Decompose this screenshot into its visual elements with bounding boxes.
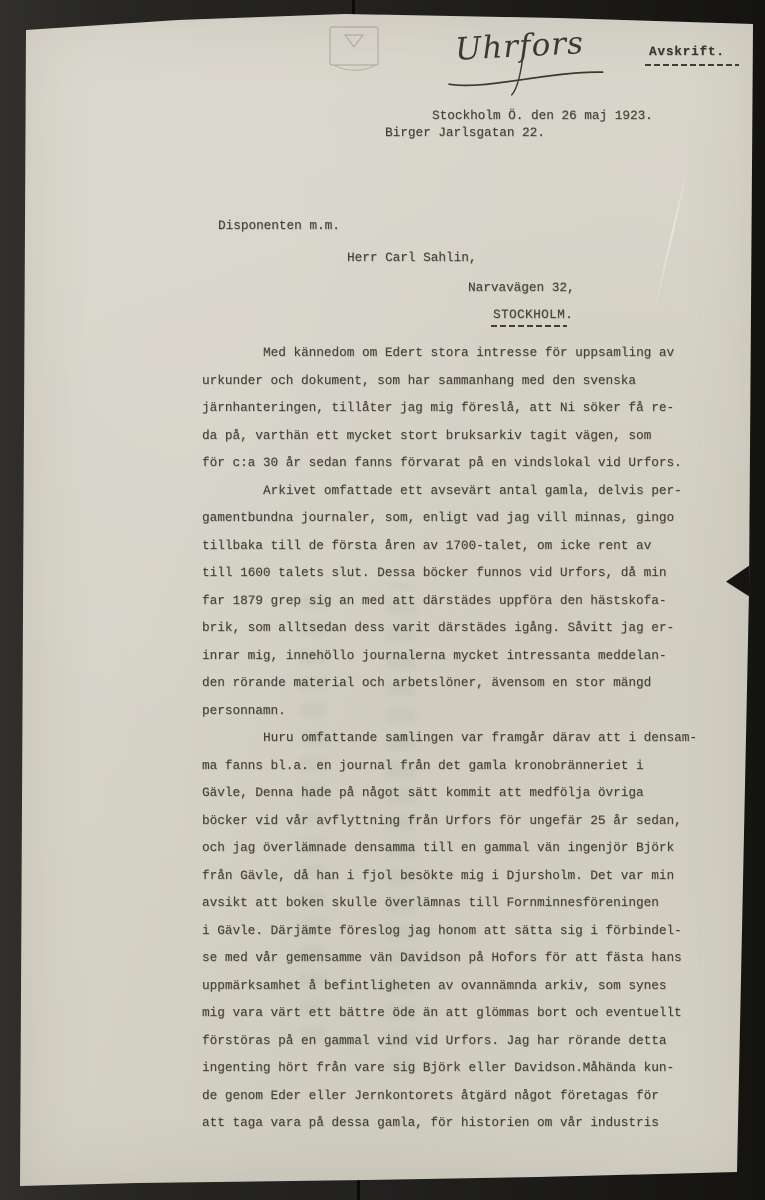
recipient-street: Narvavägen 32, [468, 280, 575, 296]
dateline-place-date: Stockholm Ö. den 26 maj 1923. [432, 108, 653, 124]
handwritten-annotation-text: Uhrfors [454, 25, 584, 68]
handwritten-annotation: Uhrfors [442, 18, 616, 107]
scanned-letter-photo: { "colors": { "paper": "#d7d4c9", "ink":… [0, 0, 765, 1200]
recipient-role: Disponenten m.m. [218, 218, 340, 234]
paper-crease [653, 166, 689, 313]
recipient-name: Herr Carl Sahlin, [347, 250, 476, 266]
dateline-street: Birger Jarlsgatan 22. [385, 125, 545, 141]
letter-page: Uhrfors Avskrift. Stockholm Ö. den 26 ma… [18, 12, 756, 1189]
recipient-city-underline [491, 325, 567, 327]
copy-label: Avskrift. [649, 44, 725, 60]
paper-edge-notch [726, 565, 750, 597]
letter-body: Med kännedom om Edert stora intresse för… [202, 339, 714, 1137]
recipient-city: STOCKHOLM. [493, 307, 573, 323]
embossed-stamp-icon [328, 24, 382, 74]
body-paragraph-1: Med kännedom om Edert stora intresse för… [202, 339, 714, 477]
body-paragraph-2: Arkivet omfattade ett avsevärt antal gam… [202, 477, 714, 725]
body-paragraph-3: Huru omfattande samlingen var framgår dä… [202, 724, 714, 1137]
copy-label-underline [645, 64, 739, 66]
